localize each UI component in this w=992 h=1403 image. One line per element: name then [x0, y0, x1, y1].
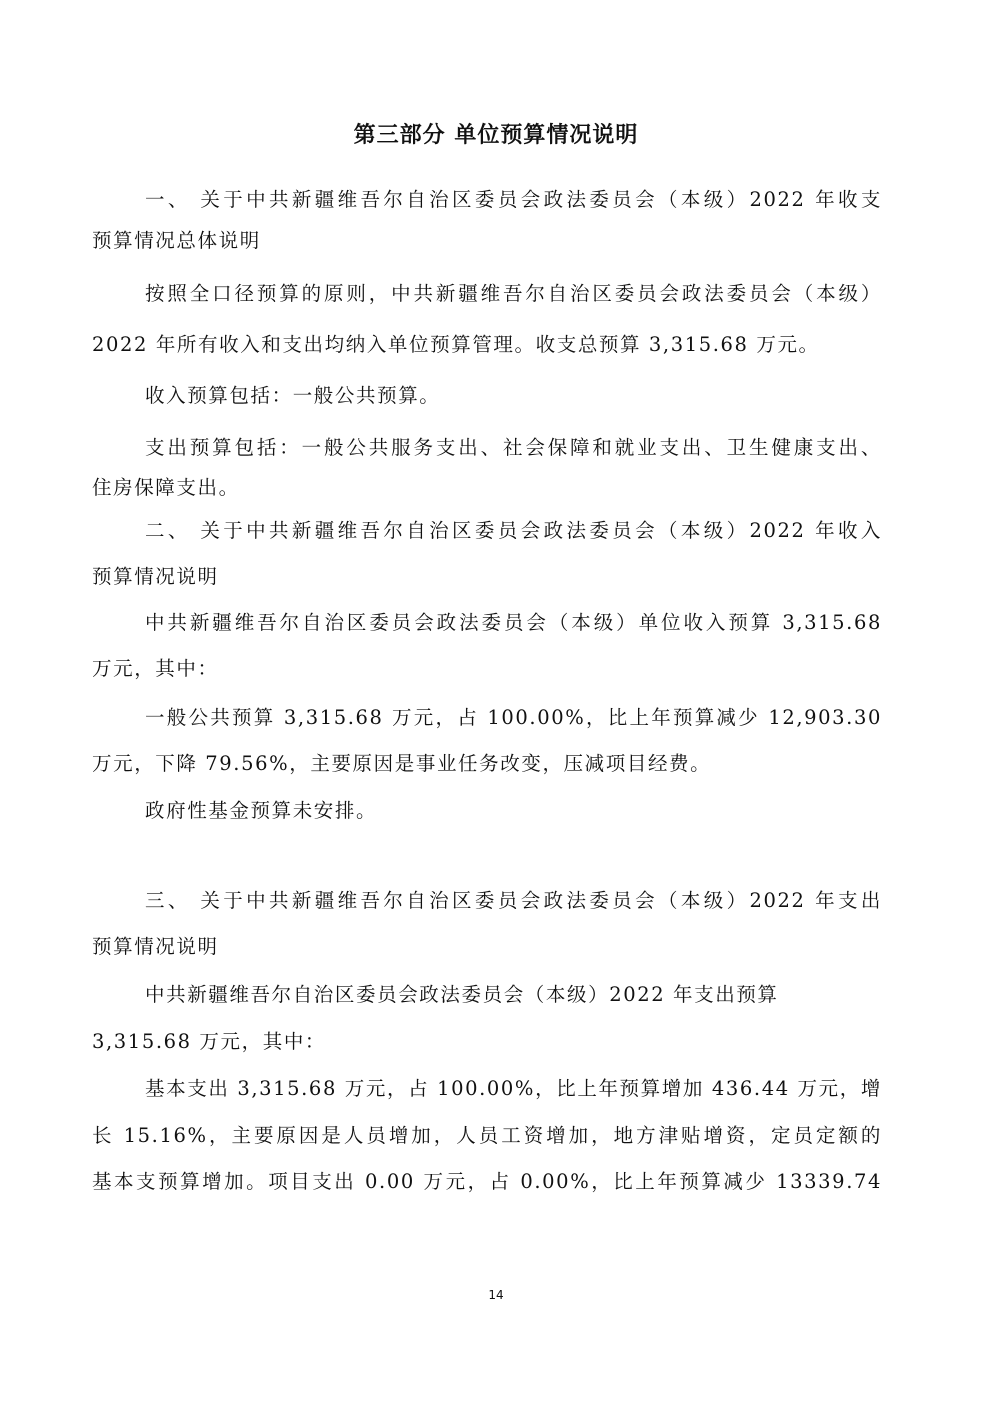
text-line: 3,315.68 万元，其中： [92, 1030, 882, 1054]
text-line: 万元，下降 79.56%，主要原因是事业任务改变，压减项目经费。 [92, 752, 882, 776]
text-line: 万元，其中： [92, 657, 882, 681]
text-line: 预算情况说明 [92, 935, 882, 959]
text-line: 收入预算包括：一般公共预算。 [145, 384, 882, 408]
text-line: 一般公共预算 3,315.68 万元，占 100.00%，比上年预算减少 12,… [145, 706, 882, 730]
document-page: 第三部分 单位预算情况说明 一、 关于中共新疆维吾尔自治区委员会政法委员会（本级… [0, 0, 992, 1403]
text-line: 中共新疆维吾尔自治区委员会政法委员会（本级）2022 年支出预算 [145, 983, 882, 1007]
text-line: 2022 年所有收入和支出均纳入单位预算管理。收支总预算 3,315.68 万元… [92, 333, 882, 357]
page-number: 14 [0, 1288, 992, 1302]
text-line: 基本支出 3,315.68 万元，占 100.00%，比上年预算增加 436.4… [145, 1077, 882, 1101]
text-line: 预算情况总体说明 [92, 229, 882, 253]
text-line: 一、 关于中共新疆维吾尔自治区委员会政法委员会（本级）2022 年收支 [145, 188, 882, 212]
text-line: 政府性基金预算未安排。 [145, 799, 882, 823]
text-line: 中共新疆维吾尔自治区委员会政法委员会（本级）单位收入预算 3,315.68 [145, 611, 882, 635]
text-line: 基本支预算增加。项目支出 0.00 万元，占 0.00%，比上年预算减少 133… [92, 1170, 882, 1194]
text-line: 三、 关于中共新疆维吾尔自治区委员会政法委员会（本级）2022 年支出 [145, 889, 882, 913]
text-line: 长 15.16%，主要原因是人员增加，人员工资增加，地方津贴增资，定员定额的 [92, 1124, 882, 1148]
text-line: 按照全口径预算的原则，中共新疆维吾尔自治区委员会政法委员会（本级） [145, 282, 882, 306]
section-title: 第三部分 单位预算情况说明 [0, 118, 992, 149]
text-line: 预算情况说明 [92, 565, 882, 589]
text-line: 支出预算包括：一般公共服务支出、社会保障和就业支出、卫生健康支出、 [145, 436, 882, 460]
text-line: 二、 关于中共新疆维吾尔自治区委员会政法委员会（本级）2022 年收入 [145, 519, 882, 543]
text-line: 住房保障支出。 [92, 476, 882, 500]
